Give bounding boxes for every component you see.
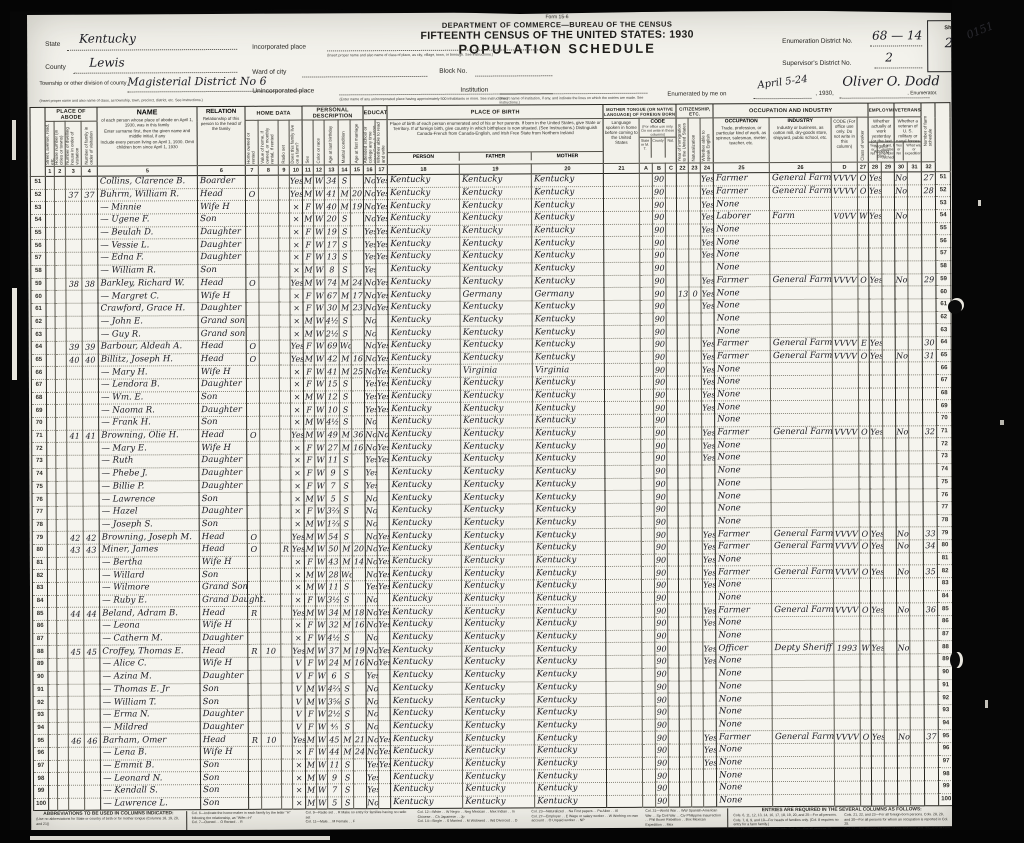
census-cell: [668, 719, 679, 732]
census-cell: No: [895, 172, 908, 185]
census-cell: S: [340, 479, 352, 492]
census-cell: [667, 465, 678, 478]
census-cell: Kentucky: [532, 199, 604, 212]
line-number: 59: [31, 278, 46, 291]
census-cell: ×: [291, 505, 304, 518]
census-cell: [353, 708, 366, 721]
census-cell: [858, 286, 869, 299]
census-cell: No: [366, 695, 378, 708]
census-cell: [898, 781, 911, 794]
census-cell: None: [716, 667, 772, 680]
census-cell: [248, 683, 261, 696]
census-cell: [923, 438, 937, 451]
census-cell: [689, 262, 701, 275]
census-cell: No: [897, 565, 910, 578]
census-cell: Yes: [367, 771, 379, 784]
census-cell: Kentucky: [463, 796, 535, 809]
census-cell: [280, 454, 291, 467]
census-cell: M: [339, 276, 351, 289]
col-house-number: House number (in cities or towns): [54, 121, 65, 166]
census-cell: Yes: [702, 427, 715, 440]
census-cell: [860, 718, 871, 731]
census-cell: [701, 262, 714, 275]
census-cell: O: [860, 603, 871, 616]
census-cell: [48, 608, 57, 621]
census-cell: [66, 265, 82, 278]
census-cell: [883, 451, 896, 464]
census-cell: None: [715, 414, 771, 427]
col-industry: INDUSTRY Industry or business, as cotton…: [769, 117, 831, 162]
census-cell: [67, 443, 83, 456]
census-cell: [910, 667, 924, 680]
census-cell: [883, 515, 896, 528]
census-cell: [606, 592, 642, 605]
census-cell: ×: [290, 378, 303, 391]
census-cell: [640, 300, 653, 313]
census-cell: Yes: [703, 731, 716, 744]
census-cell: Yes: [378, 581, 390, 594]
census-cell: Son: [200, 759, 248, 772]
census-cell: [860, 616, 871, 629]
census-cell: Kentucky: [460, 301, 532, 314]
col-employment-yesno: Yes or No: [869, 143, 877, 161]
census-cell: 10: [261, 733, 281, 746]
census-cell: [281, 670, 292, 683]
census-cell: [84, 671, 100, 684]
census-cell: [246, 226, 259, 239]
column-number: 10: [289, 165, 302, 175]
census-cell: [351, 340, 364, 353]
census-cell: Yes: [701, 300, 714, 313]
census-cell: Kentucky: [533, 440, 605, 453]
census-cell: [81, 202, 97, 215]
scan-artifact: [978, 200, 981, 206]
column-number: 3: [65, 166, 81, 176]
census-cell: [83, 481, 99, 494]
census-cell: Kentucky: [388, 200, 460, 213]
census-cell: [896, 451, 909, 464]
line-number: 70: [937, 413, 952, 426]
census-cell: Kentucky: [388, 326, 460, 339]
census-cell: [859, 477, 870, 490]
census-cell: [870, 515, 883, 528]
census-cell: [84, 595, 100, 608]
census-cell: [691, 642, 703, 655]
census-cell: [604, 262, 640, 275]
census-cell: [703, 718, 716, 731]
census-cell: [859, 464, 870, 477]
col-employment: Whether actually at work yesterday (or t…: [868, 117, 894, 162]
census-cell: Kentucky: [460, 250, 532, 263]
column-relation-header: RELATION Relationship of this person to …: [197, 106, 245, 165]
census-cell: [640, 199, 653, 212]
census-cell: [884, 641, 897, 654]
census-cell: Kentucky: [389, 504, 461, 517]
census-cell: [259, 213, 279, 226]
census-cell: General Farm: [772, 566, 834, 579]
census-cell: Kentucky: [389, 403, 461, 416]
census-cell: [55, 367, 66, 380]
census-cell: [910, 565, 924, 578]
census-cell: [352, 568, 365, 581]
census-cell: [835, 756, 861, 769]
census-cell: [678, 376, 690, 389]
census-cell: [282, 797, 293, 810]
census-cell: Kentucky: [389, 466, 461, 479]
census-cell: [896, 388, 909, 401]
census-cell: [280, 568, 291, 581]
census-cell: No: [365, 543, 377, 556]
census-cell: [68, 633, 84, 646]
census-cell: [48, 684, 57, 697]
census-cell: [641, 465, 654, 478]
census-cell: [861, 768, 872, 781]
census-cell: [908, 185, 922, 198]
census-cell: Kentucky: [533, 491, 605, 504]
census-cell: — Hazel: [99, 505, 199, 518]
census-cell: [54, 176, 65, 189]
col-radio-set: Radio set: [278, 120, 289, 165]
line-number: 89: [33, 659, 48, 672]
line-number: 96: [33, 747, 48, 760]
census-cell: Yes: [290, 353, 303, 366]
census-cell: [835, 768, 861, 781]
census-cell: [69, 785, 85, 798]
census-cell: [895, 299, 908, 312]
census-cell: [280, 480, 291, 493]
census-cell: None: [714, 325, 770, 338]
census-cell: ×: [290, 302, 303, 315]
census-cell: [833, 439, 859, 452]
census-cell: No: [366, 733, 378, 746]
census-cell: [689, 236, 701, 249]
census-cell: [883, 375, 896, 388]
census-cell: [82, 379, 98, 392]
line-number: 88: [33, 646, 48, 659]
census-cell: M: [306, 797, 317, 810]
census-cell: [261, 632, 281, 645]
census-cell: [668, 566, 679, 579]
census-cell: Head: [199, 543, 247, 556]
census-cell: [57, 646, 68, 659]
census-cell: [883, 553, 896, 566]
census-cell: Kentucky: [390, 631, 462, 644]
census-cell: Yes: [364, 251, 376, 264]
census-cell: [677, 275, 689, 288]
census-cell: [679, 604, 691, 617]
census-cell: Yes: [701, 274, 714, 287]
census-cell: Daughter: [199, 404, 247, 417]
census-cell: Yes: [870, 540, 883, 553]
col-age: Age at last birthday: [324, 120, 338, 165]
census-cell: 90: [653, 338, 666, 351]
line-number: 80: [937, 540, 952, 553]
census-cell: M: [303, 188, 314, 201]
census-cell: [667, 452, 678, 465]
census-cell: [642, 617, 655, 630]
census-cell: [885, 794, 898, 807]
census-cell: Daughter: [199, 480, 247, 493]
census-cell: No: [365, 428, 377, 441]
census-cell: [924, 641, 938, 654]
census-cell: Wife H: [200, 657, 248, 670]
census-cell: [679, 655, 691, 668]
census-cell: [248, 708, 261, 721]
census-cell: Kentucky: [389, 529, 461, 542]
census-cell: [248, 695, 261, 708]
census-cell: 90: [653, 275, 666, 288]
col-mother-tongue: Language spoken in home before coming to…: [603, 118, 639, 163]
census-cell: [679, 579, 691, 592]
census-cell: [279, 327, 290, 340]
census-cell: 15: [325, 378, 339, 391]
census-cell: Yes: [365, 479, 377, 492]
census-cell: Beland, Adram B.: [100, 607, 200, 620]
census-cell: [908, 210, 922, 223]
census-cell: 38: [82, 278, 98, 291]
census-cell: [679, 554, 691, 567]
census-cell: [859, 375, 870, 388]
line-number: 95: [33, 735, 48, 748]
census-cell: [642, 681, 655, 694]
census-cell: [668, 592, 679, 605]
census-cell: ×: [291, 391, 304, 404]
census-cell: W: [317, 797, 328, 810]
census-cell: [83, 455, 99, 468]
line-number: 85: [938, 603, 953, 616]
census-cell: [48, 697, 57, 710]
census-cell: [46, 367, 55, 380]
census-cell: F: [304, 441, 315, 454]
census-cell: [669, 769, 680, 782]
census-cell: General Farm: [770, 337, 832, 350]
column-number: D: [831, 162, 857, 172]
census-cell: [689, 186, 701, 199]
census-cell: [83, 417, 99, 430]
census-cell: [46, 316, 55, 329]
census-cell: [895, 311, 908, 324]
census-cell: [922, 222, 936, 235]
census-cell: Officer: [716, 642, 772, 655]
census-cell: [46, 291, 55, 304]
census-cell: [351, 314, 364, 327]
census-cell: W: [315, 568, 326, 581]
census-cell: [259, 201, 279, 214]
census-cell: Kentucky: [534, 592, 606, 605]
census-cell: Wife H: [200, 619, 248, 632]
census-cell: 90: [655, 643, 668, 656]
census-cell: [858, 236, 869, 249]
census-cell: [923, 476, 937, 489]
census-cell: [604, 199, 640, 212]
census-cell: [351, 251, 364, 264]
census-cell: Kentucky: [462, 643, 534, 656]
census-cell: 16: [352, 441, 365, 454]
census-cell: [56, 506, 67, 519]
census-cell: [68, 595, 84, 608]
census-cell: Yes: [871, 730, 884, 743]
census-cell: [834, 629, 860, 642]
line-number: 82: [938, 565, 953, 578]
census-cell: [57, 658, 68, 671]
census-cell: [66, 290, 82, 303]
census-cell: Yes: [365, 390, 377, 403]
institution-label: Institution: [460, 87, 488, 94]
census-cell: [702, 414, 715, 427]
census-cell: [47, 557, 56, 570]
line-number: 81: [32, 557, 47, 570]
line-number: 90: [938, 666, 953, 679]
col-birth-father: FATHER: [459, 152, 531, 160]
census-cell: 17: [351, 289, 364, 302]
line-number: 56: [31, 240, 46, 253]
census-cell: [83, 557, 99, 570]
census-cell: [703, 668, 716, 681]
census-cell: [246, 201, 259, 214]
census-cell: [246, 328, 259, 341]
year-text: , 1930,: [815, 91, 833, 97]
census-cell: [702, 490, 715, 503]
census-cell: [604, 326, 640, 339]
census-cell: [84, 709, 100, 722]
census-cell: 90: [653, 300, 666, 313]
census-cell: Kentucky: [533, 529, 605, 542]
census-cell: [908, 273, 922, 286]
census-cell: [351, 264, 364, 277]
census-cell: O: [860, 730, 871, 743]
census-cell: Crawford, Grace H.: [98, 302, 198, 315]
census-cell: None: [714, 287, 770, 300]
census-cell: [884, 679, 897, 692]
census-cell: [378, 720, 390, 733]
census-cell: Kentucky: [534, 579, 606, 592]
line-number: 94: [33, 722, 48, 735]
col-read-write: Whether able to read and write: [375, 120, 387, 165]
census-cell: Kentucky: [533, 415, 605, 428]
census-cell: [641, 503, 654, 516]
census-cell: Daughter: [198, 239, 246, 252]
census-cell: [859, 413, 870, 426]
column-number: 11: [302, 165, 313, 175]
census-cell: Kentucky: [533, 453, 605, 466]
census-cell: W: [317, 784, 328, 797]
census-cell: [354, 771, 367, 784]
census-cell: W: [315, 492, 326, 505]
census-cell: No: [363, 175, 375, 188]
column-number: 31: [907, 162, 921, 172]
census-cell: Head: [200, 645, 248, 658]
census-cell: Yes: [377, 403, 389, 416]
line-number: 57: [936, 248, 951, 261]
census-cell: [67, 570, 83, 583]
column-number: 18: [387, 164, 459, 174]
census-cell: S: [340, 505, 352, 518]
census-cell: [57, 595, 68, 608]
census-cell: No: [895, 350, 908, 363]
census-cell: Kentucky: [532, 186, 604, 199]
census-cell: VVVV: [833, 426, 859, 439]
census-cell: Yes: [289, 188, 302, 201]
census-cell: [871, 578, 884, 591]
census-cell: [641, 427, 654, 440]
census-cell: [47, 544, 56, 557]
census-cell: F: [305, 619, 316, 632]
census-cell: W: [316, 644, 327, 657]
census-cell: Yes: [703, 554, 716, 567]
census-cell: [861, 794, 872, 807]
census-cell: [641, 364, 654, 377]
census-cell: [84, 747, 100, 760]
census-cell: [668, 744, 679, 757]
census-cell: [259, 315, 279, 328]
census-cell: M: [303, 213, 314, 226]
census-cell: W: [315, 530, 326, 543]
census-cell: W: [315, 467, 326, 480]
census-cell: [908, 172, 922, 185]
census-cell: [640, 173, 653, 186]
census-cell: No: [366, 593, 378, 606]
column-farm-schedule-header: Number of farm schedule: [921, 103, 935, 162]
census-cell: S: [341, 670, 353, 683]
census-cell: [352, 479, 365, 492]
census-cell: [897, 553, 910, 566]
census-cell: Kentucky: [462, 631, 534, 644]
census-cell: [81, 176, 97, 189]
census-cell: [66, 227, 82, 240]
census-cell: [604, 249, 640, 262]
census-cell: Buhrm, William R.: [97, 188, 197, 201]
census-cell: Yes: [377, 543, 389, 556]
census-cell: [642, 706, 655, 719]
line-number: 77: [32, 506, 47, 519]
census-cell: No: [366, 657, 378, 670]
census-cell: [870, 502, 883, 515]
column-number: 30: [894, 162, 907, 172]
census-cell: S: [340, 403, 352, 416]
scan-artifact: [985, 700, 988, 708]
census-cell: Kentucky: [389, 555, 461, 568]
census-cell: [260, 442, 280, 455]
census-cell: [666, 186, 677, 199]
census-cell: Yes: [703, 604, 716, 617]
census-cell: 38: [66, 278, 82, 291]
census-cell: [691, 566, 703, 579]
supervisor-district-label: Supervisor's District No.: [782, 60, 851, 67]
census-cell: W: [314, 365, 325, 378]
census-cell: Browning, Joseph M.: [99, 531, 199, 544]
census-cell: 2½: [327, 708, 341, 721]
census-cell: [772, 591, 834, 604]
census-cell: Kentucky: [388, 225, 460, 238]
census-cell: 67: [325, 289, 339, 302]
census-cell: W: [316, 720, 327, 733]
census-cell: [770, 261, 832, 274]
census-cell: Kentucky: [390, 656, 462, 669]
census-cell: [689, 224, 701, 237]
census-cell: 36: [924, 603, 938, 616]
census-cell: [640, 275, 653, 288]
census-cell: V: [292, 683, 305, 696]
census-cell: VVVV: [834, 565, 860, 578]
census-cell: Yes: [702, 389, 715, 402]
line-number: 67: [31, 379, 46, 392]
census-cell: No: [365, 517, 377, 530]
census-cell: [246, 251, 259, 264]
census-cell: ×: [291, 492, 304, 505]
census-cell: [350, 175, 363, 188]
census-cell: Yes: [290, 277, 303, 290]
census-cell: 9: [328, 771, 342, 784]
